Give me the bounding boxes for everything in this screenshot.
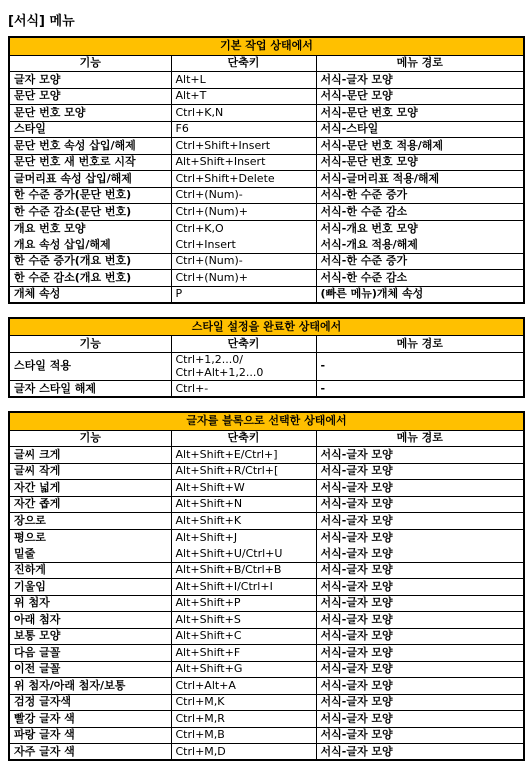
- table-row: 스타일 적용Ctrl+1,2...0/ Ctrl+Alt+1,2...0-: [9, 352, 524, 381]
- cell-function: 자주 글자 색: [9, 744, 171, 761]
- column-header-menu-path: 메뉴 경로: [316, 336, 524, 353]
- cell-shortcut: Alt+L: [171, 72, 316, 89]
- cell-menu-path: 서식-글자 모양: [316, 480, 524, 497]
- cell-shortcut: Ctrl+K,N: [171, 105, 316, 122]
- table-row: 진하게Alt+Shift+B/Ctrl+B서식-글자 모양: [9, 562, 524, 579]
- cell-shortcut: Ctrl+M,R: [171, 711, 316, 728]
- cell-function: 문단 번호 새 번호로 시작: [9, 154, 171, 171]
- cell-menu-path: 서식-글자 모양: [316, 513, 524, 530]
- table-row: 글자 모양Alt+L서식-글자 모양: [9, 72, 524, 89]
- table-row: 파랑 글자 색Ctrl+M,B서식-글자 모양: [9, 727, 524, 744]
- table-row: 자간 넓게Alt+Shift+W서식-글자 모양: [9, 480, 524, 497]
- cell-function: 글씨 작게: [9, 463, 171, 480]
- cell-menu-path: 서식-글자 모양: [316, 447, 524, 464]
- cell-shortcut: P: [171, 286, 316, 303]
- column-header-menu-path: 메뉴 경로: [316, 430, 524, 447]
- cell-shortcut: Alt+Shift+F: [171, 645, 316, 662]
- table-row: 문단 모양Alt+T서식-문단 모양: [9, 88, 524, 105]
- table-row: 한 수준 감소(문단 번호)Ctrl+(Num)+서식-한 수준 감소: [9, 204, 524, 221]
- cell-menu-path: 서식-글머리표 적용/해제: [316, 171, 524, 188]
- column-header-row: 기능단축키메뉴 경로: [9, 430, 524, 447]
- column-header-function: 기능: [9, 336, 171, 353]
- cell-function: 글씨 크게: [9, 447, 171, 464]
- cell-function: 스타일: [9, 121, 171, 138]
- cell-menu-path: 서식-문단 모양: [316, 88, 524, 105]
- cell-function: 장으로: [9, 513, 171, 530]
- cell-function: 평으로: [9, 529, 171, 546]
- cell-function: 글자 모양: [9, 72, 171, 89]
- table-row: 한 수준 감소(개요 번호)Ctrl+(Num)+서식-한 수준 감소: [9, 270, 524, 287]
- table-row: 빨강 글자 색Ctrl+M,R서식-글자 모양: [9, 711, 524, 728]
- cell-menu-path: -: [316, 381, 524, 398]
- cell-shortcut: Alt+Shift+U/Ctrl+U: [171, 546, 316, 563]
- cell-menu-path: 서식-한 수준 증가: [316, 253, 524, 270]
- cell-menu-path: 서식-글자 모양: [316, 727, 524, 744]
- cell-shortcut: Alt+Shift+C: [171, 628, 316, 645]
- cell-menu-path: 서식-글자 모양: [316, 661, 524, 678]
- cell-shortcut: Ctrl+(Num)+: [171, 270, 316, 287]
- cell-shortcut: Ctrl+-: [171, 381, 316, 398]
- cell-function: 한 수준 증가(문단 번호): [9, 187, 171, 204]
- table-row: 자주 글자 색Ctrl+M,D서식-글자 모양: [9, 744, 524, 761]
- cell-function: 개요 속성 삽입/해제: [9, 237, 171, 254]
- cell-menu-path: 서식-글자 모양: [316, 562, 524, 579]
- cell-function: 보통 모양: [9, 628, 171, 645]
- cell-menu-path: 서식-개요 적용/해제: [316, 237, 524, 254]
- cell-shortcut: Alt+Shift+J: [171, 529, 316, 546]
- table-row: 문단 번호 새 번호로 시작Alt+Shift+Insert서식-문단 번호 모…: [9, 154, 524, 171]
- cell-menu-path: 서식-글자 모양: [316, 496, 524, 513]
- table-row: 위 첨자Alt+Shift+P서식-글자 모양: [9, 595, 524, 612]
- cell-function: 한 수준 감소(개요 번호): [9, 270, 171, 287]
- cell-function: 자간 넓게: [9, 480, 171, 497]
- cell-menu-path: 서식-글자 모양: [316, 744, 524, 761]
- table-row: 아래 첨자Alt+Shift+S서식-글자 모양: [9, 612, 524, 629]
- column-header-shortcut: 단축키: [171, 430, 316, 447]
- cell-menu-path: 서식-한 수준 감소: [316, 270, 524, 287]
- cell-shortcut: Ctrl+M,B: [171, 727, 316, 744]
- table-row: 한 수준 증가(문단 번호)Ctrl+(Num)-서식-한 수준 증가: [9, 187, 524, 204]
- cell-menu-path: 서식-스타일: [316, 121, 524, 138]
- cell-shortcut: Alt+Shift+K: [171, 513, 316, 530]
- table-row: 글씨 작게Alt+Shift+R/Ctrl+[서식-글자 모양: [9, 463, 524, 480]
- section-header-row: 글자를 블록으로 선택한 상태에서: [9, 412, 524, 430]
- cell-menu-path: 서식-개요 번호 모양: [316, 220, 524, 237]
- section-header-row: 스타일 설정을 완료한 상태에서: [9, 318, 524, 336]
- cell-function: 진하게: [9, 562, 171, 579]
- cell-menu-path: 서식-글자 모양: [316, 612, 524, 629]
- cell-shortcut: Ctrl+K,O: [171, 220, 316, 237]
- shortcut-table-basic-state: 기본 작업 상태에서기능단축키메뉴 경로글자 모양Alt+L서식-글자 모양문단…: [8, 36, 525, 304]
- cell-menu-path: 서식-문단 번호 모양: [316, 154, 524, 171]
- cell-menu-path: -: [316, 352, 524, 381]
- cell-shortcut: Alt+Shift+Insert: [171, 154, 316, 171]
- table-row: 밑줄Alt+Shift+U/Ctrl+U서식-글자 모양: [9, 546, 524, 563]
- table-row: 글머리표 속성 삽입/해제Ctrl+Shift+Delete서식-글머리표 적용…: [9, 171, 524, 188]
- cell-shortcut: Alt+Shift+I/Ctrl+I: [171, 579, 316, 596]
- table-row: 글씨 크게Alt+Shift+E/Ctrl+]서식-글자 모양: [9, 447, 524, 464]
- section-header: 글자를 블록으로 선택한 상태에서: [9, 412, 524, 430]
- table-row: 평으로Alt+Shift+J서식-글자 모양: [9, 529, 524, 546]
- cell-function: 밑줄: [9, 546, 171, 563]
- cell-function: 글머리표 속성 삽입/해제: [9, 171, 171, 188]
- cell-shortcut: Alt+T: [171, 88, 316, 105]
- cell-shortcut: Alt+Shift+W: [171, 480, 316, 497]
- cell-menu-path: 서식-한 수준 증가: [316, 187, 524, 204]
- column-header-function: 기능: [9, 430, 171, 447]
- column-header-shortcut: 단축키: [171, 336, 316, 353]
- cell-menu-path: 서식-문단 번호 적용/해제: [316, 138, 524, 155]
- cell-shortcut: Alt+Shift+B/Ctrl+B: [171, 562, 316, 579]
- table-row: 다음 글꼴Alt+Shift+F서식-글자 모양: [9, 645, 524, 662]
- cell-function: 위 첨자/아래 첨자/보통: [9, 678, 171, 695]
- cell-shortcut: Ctrl+(Num)+: [171, 204, 316, 221]
- cell-function: 자간 좁게: [9, 496, 171, 513]
- cell-menu-path: 서식-문단 번호 모양: [316, 105, 524, 122]
- cell-shortcut: Ctrl+M,K: [171, 694, 316, 711]
- cell-shortcut: Ctrl+Insert: [171, 237, 316, 254]
- table-row: 문단 번호 모양Ctrl+K,N서식-문단 번호 모양: [9, 105, 524, 122]
- section-header-row: 기본 작업 상태에서: [9, 37, 524, 55]
- table-row: 위 첨자/아래 첨자/보통Ctrl+Alt+A서식-글자 모양: [9, 678, 524, 695]
- section-header: 기본 작업 상태에서: [9, 37, 524, 55]
- cell-shortcut: Alt+Shift+N: [171, 496, 316, 513]
- cell-menu-path: 서식-글자 모양: [316, 628, 524, 645]
- cell-function: 한 수준 증가(개요 번호): [9, 253, 171, 270]
- column-header-shortcut: 단축키: [171, 55, 316, 72]
- cell-shortcut: Alt+Shift+E/Ctrl+]: [171, 447, 316, 464]
- cell-menu-path: 서식-글자 모양: [316, 463, 524, 480]
- cell-shortcut: Ctrl+(Num)-: [171, 187, 316, 204]
- cell-shortcut: Alt+Shift+P: [171, 595, 316, 612]
- cell-function: 개체 속성: [9, 286, 171, 303]
- cell-shortcut: Ctrl+M,D: [171, 744, 316, 761]
- cell-function: 문단 번호 속성 삽입/해제: [9, 138, 171, 155]
- table-row: 자간 좁게Alt+Shift+N서식-글자 모양: [9, 496, 524, 513]
- cell-menu-path: 서식-글자 모양: [316, 645, 524, 662]
- cell-shortcut: Alt+Shift+G: [171, 661, 316, 678]
- cell-function: 스타일 적용: [9, 352, 171, 381]
- column-header-row: 기능단축키메뉴 경로: [9, 55, 524, 72]
- shortcut-table-style-complete-state: 스타일 설정을 완료한 상태에서기능단축키메뉴 경로스타일 적용Ctrl+1,2…: [8, 317, 525, 399]
- table-row: 이전 글꼴Alt+Shift+G서식-글자 모양: [9, 661, 524, 678]
- column-header-menu-path: 메뉴 경로: [316, 55, 524, 72]
- cell-shortcut: Ctrl+(Num)-: [171, 253, 316, 270]
- cell-shortcut: F6: [171, 121, 316, 138]
- table-row: 글자 스타일 해제Ctrl+--: [9, 381, 524, 398]
- column-header-row: 기능단축키메뉴 경로: [9, 336, 524, 353]
- cell-shortcut: Ctrl+Shift+Delete: [171, 171, 316, 188]
- cell-function: 글자 스타일 해제: [9, 381, 171, 398]
- table-row: 기울임Alt+Shift+I/Ctrl+I서식-글자 모양: [9, 579, 524, 596]
- cell-function: 문단 번호 모양: [9, 105, 171, 122]
- cell-function: 검정 글자색: [9, 694, 171, 711]
- table-row: 장으로Alt+Shift+K서식-글자 모양: [9, 513, 524, 530]
- cell-menu-path: 서식-글자 모양: [316, 546, 524, 563]
- cell-function: 파랑 글자 색: [9, 727, 171, 744]
- cell-function: 문단 모양: [9, 88, 171, 105]
- cell-function: 다음 글꼴: [9, 645, 171, 662]
- cell-function: 한 수준 감소(문단 번호): [9, 204, 171, 221]
- table-row: 한 수준 증가(개요 번호)Ctrl+(Num)-서식-한 수준 증가: [9, 253, 524, 270]
- section-header: 스타일 설정을 완료한 상태에서: [9, 318, 524, 336]
- cell-menu-path: 서식-글자 모양: [316, 595, 524, 612]
- table-row: 보통 모양Alt+Shift+C서식-글자 모양: [9, 628, 524, 645]
- cell-menu-path: 서식-글자 모양: [316, 72, 524, 89]
- table-row: 스타일F6서식-스타일: [9, 121, 524, 138]
- cell-menu-path: 서식-글자 모양: [316, 579, 524, 596]
- cell-function: 위 첨자: [9, 595, 171, 612]
- cell-function: 아래 첨자: [9, 612, 171, 629]
- table-row: 개요 번호 모양Ctrl+K,O서식-개요 번호 모양: [9, 220, 524, 237]
- table-row: 문단 번호 속성 삽입/해제Ctrl+Shift+Insert서식-문단 번호 …: [9, 138, 524, 155]
- cell-function: 기울임: [9, 579, 171, 596]
- table-row: 검정 글자색Ctrl+M,K서식-글자 모양: [9, 694, 524, 711]
- cell-shortcut: Alt+Shift+R/Ctrl+[: [171, 463, 316, 480]
- cell-shortcut: Ctrl+1,2...0/ Ctrl+Alt+1,2...0: [171, 352, 316, 381]
- cell-menu-path: 서식-글자 모양: [316, 711, 524, 728]
- shortcut-table-block-selected-state: 글자를 블록으로 선택한 상태에서기능단축키메뉴 경로글씨 크게Alt+Shif…: [8, 411, 525, 761]
- page-title: [서식] 메뉴: [8, 10, 523, 29]
- cell-menu-path: 서식-한 수준 감소: [316, 204, 524, 221]
- cell-shortcut: Ctrl+Alt+A: [171, 678, 316, 695]
- cell-shortcut: Alt+Shift+S: [171, 612, 316, 629]
- cell-menu-path: 서식-글자 모양: [316, 678, 524, 695]
- cell-menu-path: 서식-글자 모양: [316, 529, 524, 546]
- cell-function: 이전 글꼴: [9, 661, 171, 678]
- cell-menu-path: 서식-글자 모양: [316, 694, 524, 711]
- column-header-function: 기능: [9, 55, 171, 72]
- table-row: 개요 속성 삽입/해제Ctrl+Insert서식-개요 적용/해제: [9, 237, 524, 254]
- cell-function: 빨강 글자 색: [9, 711, 171, 728]
- document-page: [서식] 메뉴 기본 작업 상태에서기능단축키메뉴 경로글자 모양Alt+L서식…: [0, 0, 531, 761]
- table-row: 개체 속성P(빠른 메뉴)개체 속성: [9, 286, 524, 303]
- cell-shortcut: Ctrl+Shift+Insert: [171, 138, 316, 155]
- cell-function: 개요 번호 모양: [9, 220, 171, 237]
- cell-menu-path: (빠른 메뉴)개체 속성: [316, 286, 524, 303]
